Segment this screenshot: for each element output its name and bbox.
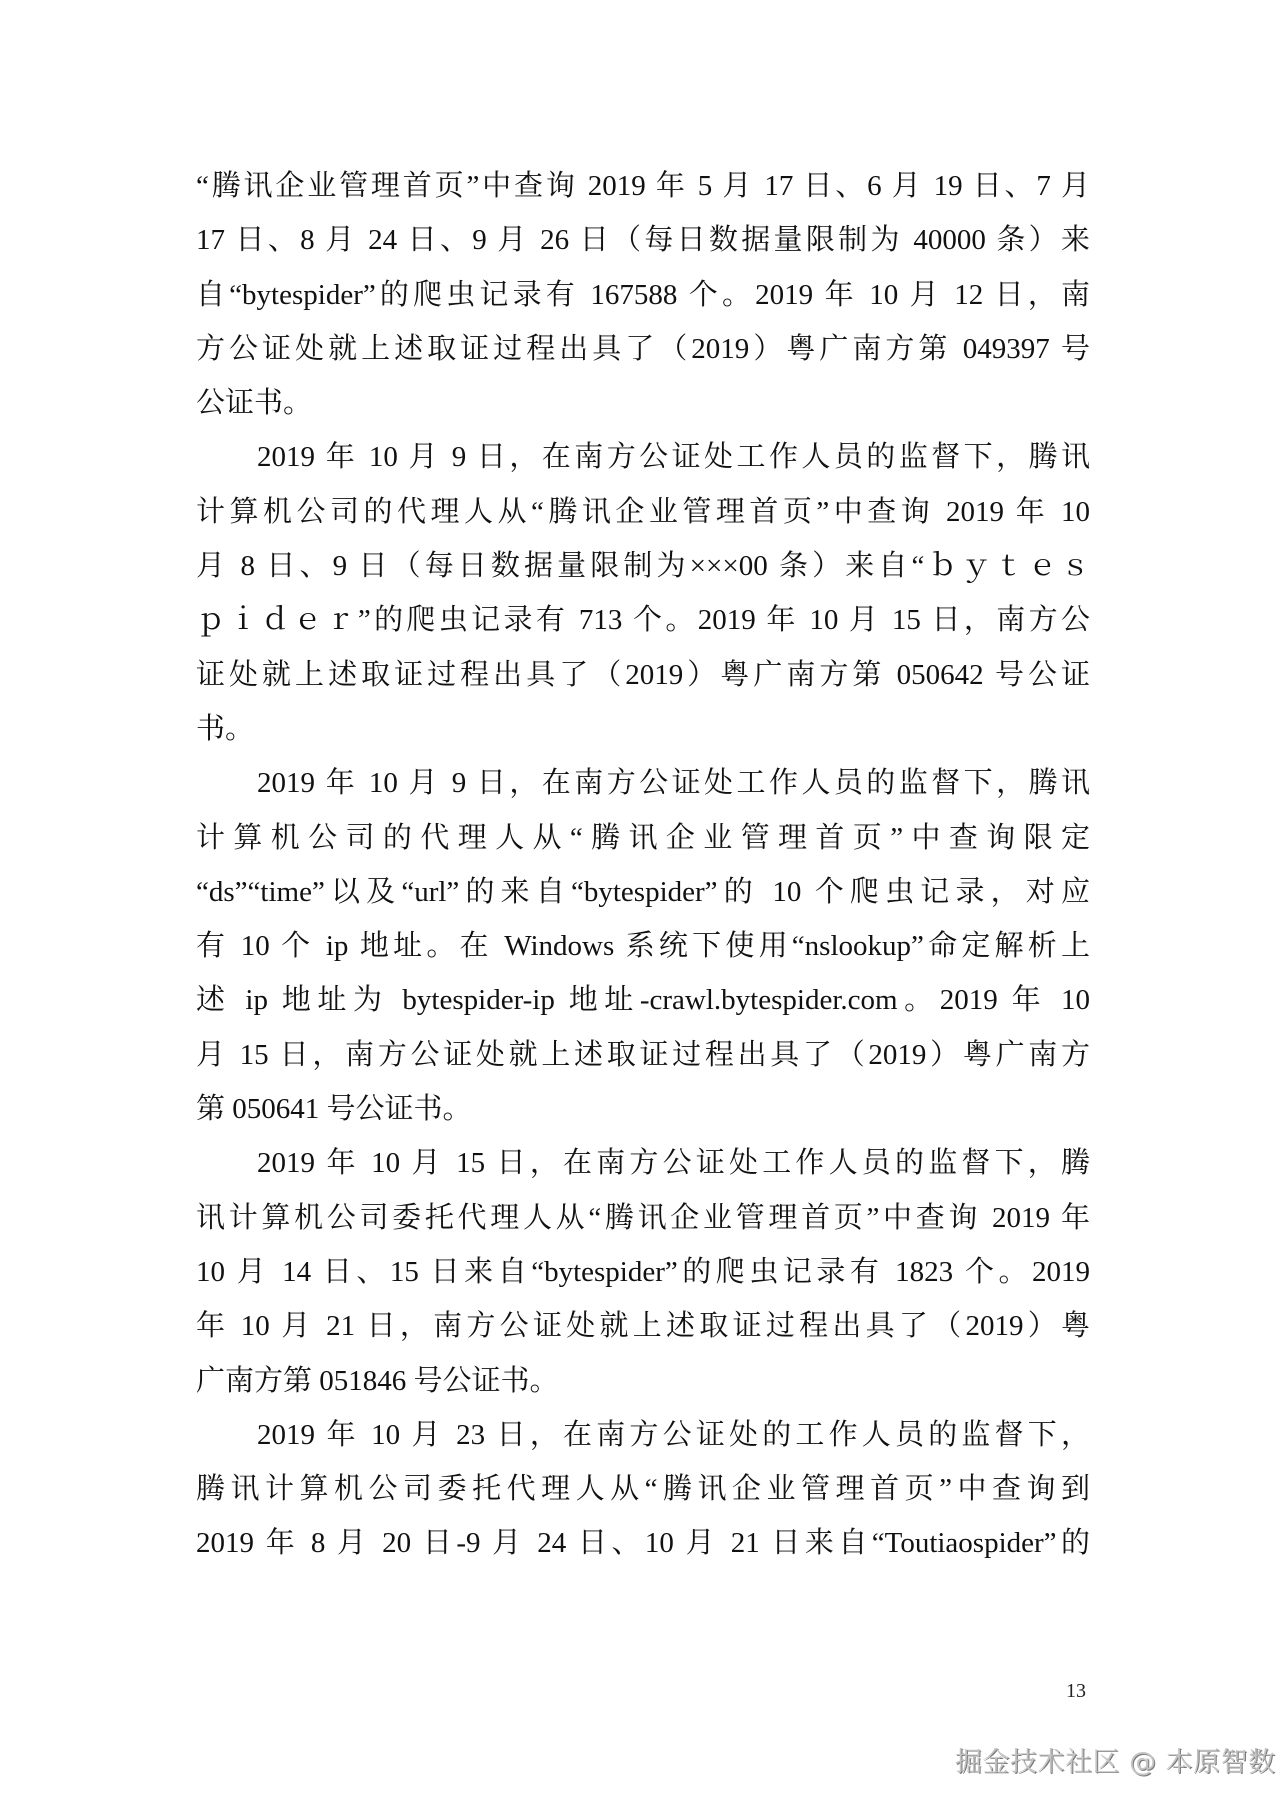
text-line: 月 8 日、9 日（每日数据量限制为×××00 条）来自“ｂｙｔｅｓ — [196, 539, 1090, 593]
text-line: 2019 年 10 月 23 日，在南方公证处的工作人员的监督下， — [196, 1408, 1090, 1462]
document-page: “腾讯企业管理首页”中查询 2019 年 5 月 17 日、6 月 19 日、7… — [0, 0, 1280, 1810]
text-line: 方公证处就上述取证过程出具了（2019）粤广南方第 049397 号 — [196, 322, 1090, 376]
text-line: “腾讯企业管理首页”中查询 2019 年 5 月 17 日、6 月 19 日、7… — [196, 159, 1090, 213]
text-line: 计算机公司的代理人从“腾讯企业管理首页”中查询 2019 年 10 — [196, 485, 1090, 539]
text-line: 年 10 月 21 日，南方公证处就上述取证过程出具了（2019）粤 — [196, 1299, 1090, 1353]
text-line: 2019 年 10 月 9 日，在南方公证处工作人员的监督下，腾讯 — [196, 430, 1090, 484]
text-line: 10 月 14 日、15 日来自“bytespider”的爬虫记录有 1823 … — [196, 1245, 1090, 1299]
text-line: 自“bytespider”的爬虫记录有 167588 个。2019 年 10 月… — [196, 268, 1090, 322]
text-line: 腾讯计算机公司委托代理人从“腾讯企业管理首页”中查询到 — [196, 1462, 1090, 1516]
text-line: 月 15 日，南方公证处就上述取证过程出具了（2019）粤广南方 — [196, 1028, 1090, 1082]
text-line: 证处就上述取证过程出具了（2019）粤广南方第 050642 号公证 — [196, 648, 1090, 702]
text-line: 第 050641 号公证书。 — [196, 1082, 1090, 1136]
text-line: 书。 — [196, 702, 1090, 756]
text-line: 有 10 个 ip 地址。在 Windows 系统下使用“nslookup”命定… — [196, 919, 1090, 973]
text-line: 2019 年 10 月 15 日，在南方公证处工作人员的监督下，腾 — [196, 1136, 1090, 1190]
text-line: 2019 年 10 月 9 日，在南方公证处工作人员的监督下，腾讯 — [196, 756, 1090, 810]
text-line: “ds”“time”以及“url”的来自“bytespider”的 10 个爬虫… — [196, 865, 1090, 919]
text-line: 广南方第 051846 号公证书。 — [196, 1354, 1090, 1408]
page-number: 13 — [1066, 1680, 1086, 1703]
watermark: 掘金技术社区 @ 本原智数 — [955, 1740, 1276, 1779]
text-line: 计算机公司的代理人从“腾讯企业管理首页”中查询限定 — [196, 811, 1090, 865]
text-line: 公证书。 — [196, 376, 1090, 430]
text-line: 述 ip 地址为 bytespider-ip 地址-crawl.bytespid… — [196, 973, 1090, 1027]
text-line: ｐｉｄｅｒ”的爬虫记录有 713 个。2019 年 10 月 15 日，南方公 — [196, 593, 1090, 647]
text-line: 17 日、8 月 24 日、9 月 26 日（每日数据量限制为 40000 条）… — [196, 213, 1090, 267]
text-line: 2019 年 8 月 20 日-9 月 24 日、10 月 21 日来自“Tou… — [196, 1516, 1090, 1570]
text-line: 讯计算机公司委托代理人从“腾讯企业管理首页”中查询 2019 年 — [196, 1191, 1090, 1245]
body-text: “腾讯企业管理首页”中查询 2019 年 5 月 17 日、6 月 19 日、7… — [196, 159, 1090, 1571]
